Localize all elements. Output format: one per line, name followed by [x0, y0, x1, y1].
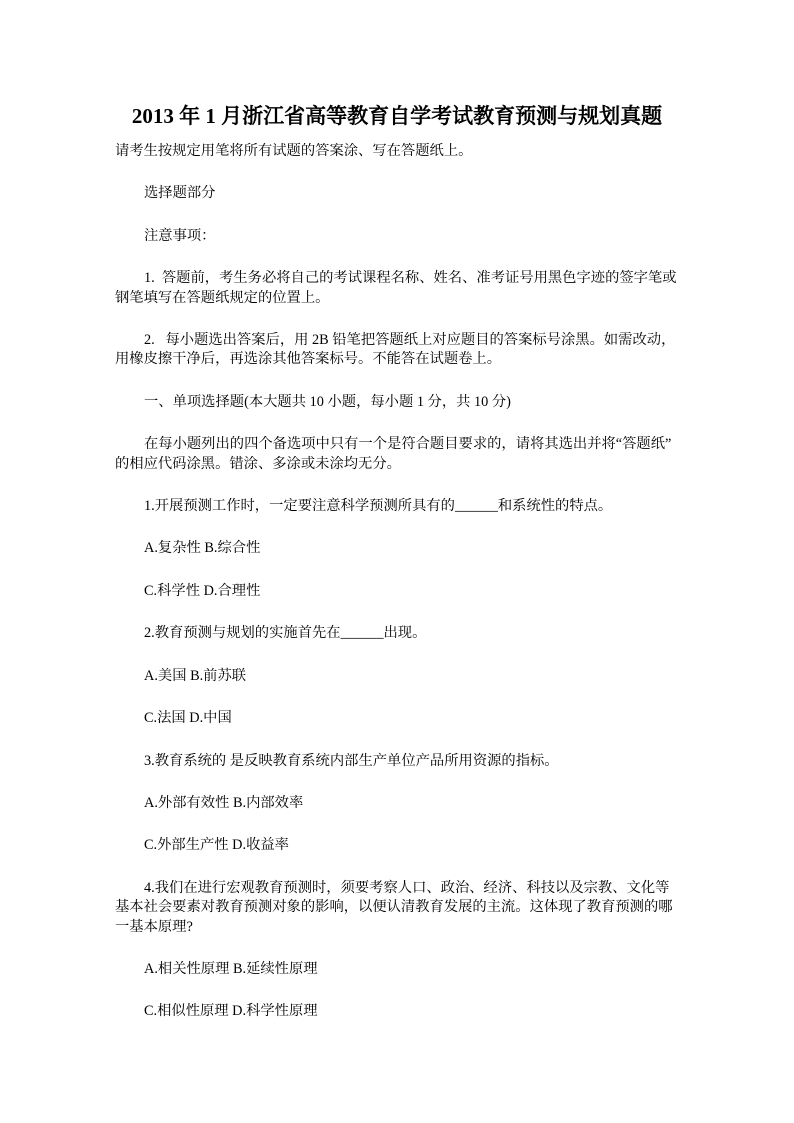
question-4-options-cd-line: C.相似性原理 D.科学性原理: [115, 1002, 679, 1021]
question-2-options-cd: C.法国 D.中国: [115, 709, 679, 728]
note-2-line-1: 2. 每小题选出答案后，用 2B 铅笔把答题纸上对应题目的答案标号涂黑。如需改动…: [115, 331, 679, 350]
note-2: 2. 每小题选出答案后，用 2B 铅笔把答题纸上对应题目的答案标号涂黑。如需改动…: [115, 331, 679, 370]
question-4-line-3: 一基本原理?: [115, 918, 679, 937]
note-1-line-1: 1. 答题前，考生务必将自己的考试课程名称、姓名、准考证号用黑色字迹的签字笔或: [115, 269, 679, 288]
question-3-options-ab: A.外部有效性 B.内部效率: [115, 794, 679, 813]
question-4-line-1: 4.我们在进行宏观教育预测时，须要考察人口、政治、经济、科技以及宗教、文化等: [115, 879, 679, 898]
question-4-options-cd: C.相似性原理 D.科学性原理: [115, 1002, 679, 1021]
section-1-heading: 一、单项选择题(本大题共 10 小题，每小题 1 分，共 10 分): [115, 393, 679, 412]
question-2-text: 2.教育预测与规划的实施首先在______出现。: [115, 624, 679, 643]
part-label-line: 选择题部分: [115, 184, 679, 203]
question-3-options-cd-line: C.外部生产性 D.收益率: [115, 836, 679, 855]
section-1-instruction-line-2: 的相应代码涂黑。错涂、多涂或未涂均无分。: [115, 455, 679, 474]
question-3-options-cd: C.外部生产性 D.收益率: [115, 836, 679, 855]
question-3-options-ab-line: A.外部有效性 B.内部效率: [115, 794, 679, 813]
question-3: 3.教育系统的 是反映教育系统内部生产单位产品所用资源的指标。: [115, 752, 679, 771]
notes-heading: 注意事项：: [115, 227, 679, 246]
note-1-line-2: 钢笔填写在答题纸规定的位置上。: [115, 289, 679, 308]
intro-note: 请考生按规定用笔将所有试题的答案涂、写在答题纸上。: [115, 142, 679, 161]
note-1: 1. 答题前，考生务必将自己的考试课程名称、姓名、准考证号用黑色字迹的签字笔或 …: [115, 269, 679, 308]
question-1: 1.开展预测工作时，一定要注意科学预测所具有的______和系统性的特点。: [115, 497, 679, 516]
page-title: 2013 年 1 月浙江省高等教育自学考试教育预测与规划真题: [115, 104, 679, 128]
question-1-options-cd-line: C.科学性 D.合理性: [115, 582, 679, 601]
question-4-line-2: 基本社会要素对教育预测对象的影响，以便认清教育发展的主流。这体现了教育预测的哪: [115, 898, 679, 917]
section-1-instruction: 在每小题列出的四个备选项中只有一个是符合题目要求的，请将其选出并将“答题纸” 的…: [115, 435, 679, 474]
question-1-options-cd: C.科学性 D.合理性: [115, 582, 679, 601]
question-1-text: 1.开展预测工作时，一定要注意科学预测所具有的______和系统性的特点。: [115, 497, 679, 516]
notes-heading-line: 注意事项：: [115, 227, 679, 246]
question-4: 4.我们在进行宏观教育预测时，须要考察人口、政治、经济、科技以及宗教、文化等 基…: [115, 879, 679, 937]
question-2: 2.教育预测与规划的实施首先在______出现。: [115, 624, 679, 643]
intro-note-line: 请考生按规定用笔将所有试题的答案涂、写在答题纸上。: [115, 142, 679, 161]
question-1-options-ab-line: A.复杂性 B.综合性: [115, 539, 679, 558]
question-2-options-ab: A.美国 B.前苏联: [115, 667, 679, 686]
question-3-text: 3.教育系统的 是反映教育系统内部生产单位产品所用资源的指标。: [115, 752, 679, 771]
question-4-options-ab-line: A.相关性原理 B.延续性原理: [115, 960, 679, 979]
question-1-options-ab: A.复杂性 B.综合性: [115, 539, 679, 558]
question-4-options-ab: A.相关性原理 B.延续性原理: [115, 960, 679, 979]
section-1-instruction-line-1: 在每小题列出的四个备选项中只有一个是符合题目要求的，请将其选出并将“答题纸”: [115, 435, 679, 454]
question-2-options-cd-line: C.法国 D.中国: [115, 709, 679, 728]
part-label: 选择题部分: [115, 184, 679, 203]
note-2-line-2: 用橡皮擦干净后，再选涂其他答案标号。不能答在试题卷上。: [115, 350, 679, 369]
question-2-options-ab-line: A.美国 B.前苏联: [115, 667, 679, 686]
section-1-heading-line: 一、单项选择题(本大题共 10 小题，每小题 1 分，共 10 分): [115, 393, 679, 412]
exam-document-page: 2013 年 1 月浙江省高等教育自学考试教育预测与规划真题 请考生按规定用笔将…: [0, 0, 794, 1123]
